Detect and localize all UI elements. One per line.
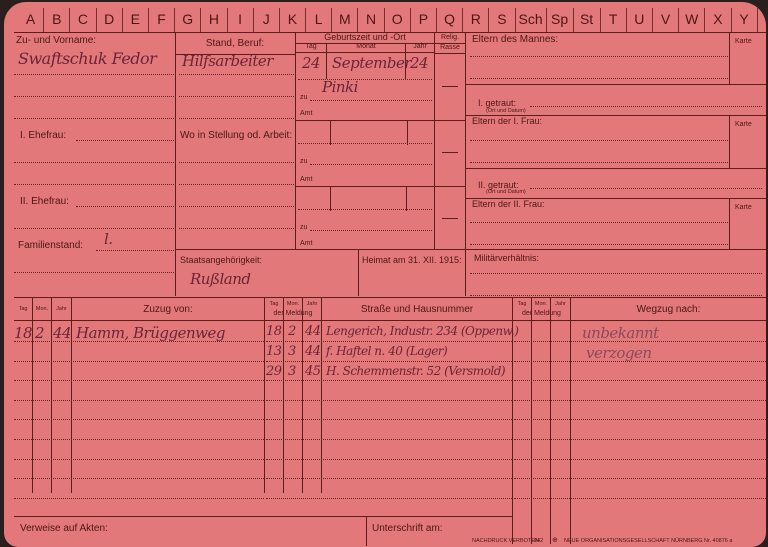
- rasse-label: Rasse: [435, 44, 465, 51]
- alphabet-tab-sch: Sch: [516, 8, 547, 32]
- getraut1-label: I. getraut:: [478, 98, 516, 108]
- monat-label: Monat: [327, 43, 405, 50]
- alphabet-tab-v: V: [653, 8, 679, 32]
- eltern-mann-label: Eltern des Mannes:: [472, 34, 558, 45]
- verweise-label: Verweise auf Akten:: [20, 523, 108, 534]
- footer-code: 942: [534, 538, 543, 544]
- footer-publisher: NEUE ORGANISATIONSGESELLSCHAFT NÜRNBERG: [564, 538, 703, 544]
- militaer-label: Militärverhältnis:: [474, 253, 539, 263]
- alphabet-tab-q: Q: [437, 8, 463, 32]
- zu-label: zu: [300, 158, 307, 165]
- name-value: Swaftschuk Fedor: [18, 49, 156, 68]
- geb-monat-value: September: [332, 54, 411, 72]
- alphabet-tab-m: M: [332, 8, 358, 32]
- meldung-tag: 18: [266, 324, 282, 339]
- alphabet-tab-sp: Sp: [547, 8, 574, 32]
- meldung-jahr: 44: [305, 324, 321, 339]
- amt-label: Amt: [300, 110, 312, 117]
- footer-nr: Nr. 40876 a: [704, 538, 732, 544]
- staat-label: Staatsangehörigkeit:: [180, 255, 262, 265]
- familienstand-label: Familienstand:: [18, 240, 83, 251]
- amt-label: Amt: [300, 176, 312, 183]
- meldung-tag: 29: [266, 364, 282, 379]
- jahr-label: Jahr: [406, 43, 434, 50]
- strasse-header: Straße und Hausnummer: [322, 304, 512, 315]
- beruf-value: Hilfsarbeiter: [182, 52, 273, 70]
- geb-tag-value: 24: [302, 54, 320, 72]
- meldung-mon: 2: [288, 324, 296, 339]
- geburt-label: Geburtszeit und -Ort: [296, 32, 434, 42]
- meldung-jahr: 45: [305, 364, 321, 379]
- alphabet-tab-x: X: [705, 8, 731, 32]
- zuzug-von: Hamm, Brüggenweg: [76, 324, 225, 342]
- meldung-jahr-header: Jahr: [303, 301, 321, 307]
- alphabet-tab-u: U: [627, 8, 653, 32]
- wegzug-value: verzogen: [586, 344, 652, 362]
- ort-datum-label: (Ort und Datum): [486, 189, 526, 195]
- alphabet-tab-j: J: [254, 8, 280, 32]
- meldung-strasse: f. Haftel n. 40 (Lager): [326, 344, 447, 358]
- karte-label: Karte: [735, 121, 752, 128]
- tag-label: Tag: [296, 43, 326, 50]
- stand-label: Stand, Beruf:: [176, 38, 294, 49]
- wegzug-header: Wegzug nach:: [571, 304, 766, 315]
- amt-label: Amt: [300, 240, 312, 247]
- zuzug-mon-header: Mon.: [33, 306, 51, 312]
- publisher-logo-icon: ⊕: [552, 536, 558, 544]
- alphabet-tab-k: K: [280, 8, 306, 32]
- staat-value: Rußland: [190, 270, 250, 288]
- alphabet-tab-n: N: [358, 8, 384, 32]
- zuzug-tag-header: Tag: [14, 306, 32, 312]
- unterschrift-label: Unterschrift am:: [372, 523, 443, 534]
- alphabet-tab-row: ABCDEFGHIJKLMNOPQRSSchSpStTUVWXYZ: [18, 8, 766, 32]
- karte-label: Karte: [735, 204, 752, 211]
- stellung-label: Wo in Stellung od. Arbeit:: [180, 130, 292, 141]
- ehefrau2-label: II. Ehefrau:: [20, 196, 69, 207]
- meldung-mon-header: Mon.: [284, 301, 302, 307]
- alphabet-tab-w: W: [679, 8, 705, 32]
- alphabet-tab-c: C: [70, 8, 96, 32]
- alphabet-tab-l: L: [306, 8, 332, 32]
- relig-label: Relig.: [435, 34, 465, 41]
- zuzug-jahr: 44: [53, 324, 71, 342]
- zuzug-mon: 2: [35, 324, 44, 342]
- abmeldung-mon-header: Mon.: [532, 301, 550, 307]
- eltern-frau1-label: Eltern der I. Frau:: [472, 116, 542, 126]
- der-meldung-header: der Meldung: [265, 310, 321, 317]
- zu-label: zu: [300, 224, 307, 231]
- alphabet-tab-h: H: [201, 8, 227, 32]
- alphabet-tab-st: St: [574, 8, 601, 32]
- registration-card: ABCDEFGHIJKLMNOPQRSSchSpStTUVWXYZ Zu- un…: [4, 2, 766, 547]
- eltern-frau2-label: Eltern der II. Frau:: [472, 199, 545, 209]
- alphabet-tab-z: Z: [758, 8, 766, 32]
- meldung-tag-header: Tag: [265, 301, 283, 307]
- ort-datum-label: (Ort und Datum): [486, 108, 526, 114]
- zuzug-header: Zuzug von:: [72, 304, 264, 315]
- alphabet-tab-f: F: [149, 8, 175, 32]
- alphabet-tab-i: I: [228, 8, 254, 32]
- alphabet-tab-e: E: [123, 8, 149, 32]
- alphabet-tab-a: A: [18, 8, 44, 32]
- geb-ort-value: Pinki: [322, 78, 358, 96]
- alphabet-tab-t: T: [601, 8, 627, 32]
- der-meldung-header: der Meldung: [513, 310, 570, 317]
- zu-label: zu: [300, 94, 307, 101]
- geb-jahr-value: 24: [410, 54, 428, 72]
- footer-nachdruck: NACHDRUCK VERBOTEN: [472, 538, 539, 544]
- alphabet-tab-p: P: [411, 8, 437, 32]
- alphabet-tab-y: Y: [732, 8, 758, 32]
- alphabet-tab-r: R: [463, 8, 489, 32]
- meldung-jahr: 44: [305, 344, 321, 359]
- alphabet-tab-o: O: [385, 8, 411, 32]
- meldung-mon: 3: [288, 344, 296, 359]
- ehefrau1-label: I. Ehefrau:: [20, 130, 66, 141]
- alphabet-tab-d: D: [97, 8, 123, 32]
- karte-label: Karte: [735, 38, 752, 45]
- name-label: Zu- und Vorname:: [16, 35, 96, 46]
- alphabet-tab-b: B: [44, 8, 70, 32]
- alphabet-tab-g: G: [175, 8, 201, 32]
- meldung-mon: 3: [288, 364, 296, 379]
- zuzug-tag: 18: [14, 324, 32, 342]
- heimat-label: Heimat am 31. XII. 1915:: [362, 255, 462, 265]
- alphabet-tab-s: S: [489, 8, 515, 32]
- familienstand-value: l.: [104, 230, 113, 248]
- zuzug-jahr-header: Jahr: [52, 306, 71, 312]
- meldung-tag: 13: [266, 344, 282, 359]
- meldung-strasse: Lengerich, Industr. 234 (Oppenw.): [326, 324, 518, 338]
- abmeldung-jahr-header: Jahr: [551, 301, 570, 307]
- abmeldung-tag-header: Tag: [513, 301, 531, 307]
- wegzug-value: unbekannt: [582, 324, 659, 342]
- meldung-strasse: H. Schemmenstr. 52 (Versmold): [326, 364, 505, 378]
